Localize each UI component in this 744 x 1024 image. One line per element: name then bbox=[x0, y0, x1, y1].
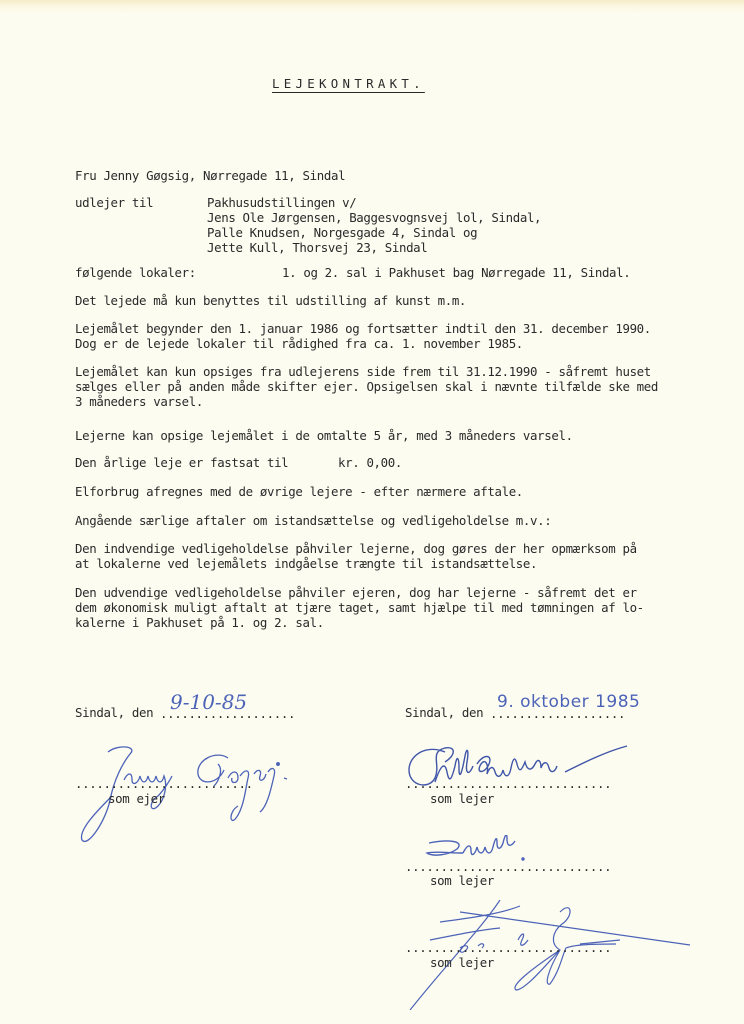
lessee-signature-line-1: ............................. bbox=[405, 776, 611, 791]
paragraph-electricity: Elforbrug afregnes med de øvrige lejere … bbox=[75, 485, 523, 499]
premises-label: følgende lokaler: bbox=[75, 266, 196, 280]
tenant-line: Jette Kull, Thorsvej 23, Sindal bbox=[207, 241, 427, 255]
paragraph-special-heading: Angående særlige aftaler om istandsættel… bbox=[75, 514, 551, 528]
lessee-signature-line-2: ............................. bbox=[405, 859, 611, 874]
contract-page: LEJEKONTRAKT. Fru Jenny Gøgsig, Nørregad… bbox=[0, 0, 744, 1024]
paragraph-term: Dog er de lejede lokaler til rådighed fr… bbox=[75, 337, 523, 351]
left-handwritten-date: 9-10-85 bbox=[170, 690, 247, 714]
document-title: LEJEKONTRAKT. bbox=[272, 76, 425, 91]
tenant-line: Jens Ole Jørgensen, Baggesvognsvej lol, … bbox=[207, 211, 541, 225]
paragraph-termination: 3 måneders varsel. bbox=[75, 395, 203, 409]
lessee-role-2: som lejer bbox=[430, 874, 494, 888]
paragraph-exterior: Den udvendige vedligeholdelse påhviler e… bbox=[75, 586, 637, 600]
rent-label: Den årlige leje er fastsat til bbox=[75, 456, 288, 470]
lessee-signature-line-3: ............................. bbox=[405, 940, 611, 955]
paragraph-termination: Lejemålet kan kun opsiges fra udlejerens… bbox=[75, 365, 651, 379]
left-place-date-label: Sindal, den bbox=[75, 706, 153, 720]
landlord-line: Fru Jenny Gøgsig, Nørregade 11, Sindal bbox=[75, 169, 345, 183]
paragraph-term: Lejemålet begynder den 1. januar 1986 og… bbox=[75, 322, 651, 336]
paragraph-exterior: kalerne i Pakhuset på 1. og 2. sal. bbox=[75, 616, 324, 630]
right-handwritten-date: 9. oktober 1985 bbox=[497, 692, 640, 712]
paragraph-tenant-notice: Lejerne kan opsige lejemålet i de omtalt… bbox=[75, 429, 573, 443]
tenant-line: Pakhusudstillingen v/ bbox=[207, 196, 356, 210]
paragraph-termination: sælges eller på anden måde skifter ejer.… bbox=[75, 380, 658, 394]
lessee-role-1: som lejer bbox=[430, 792, 494, 806]
tenant-line: Palle Knudsen, Norgesgade 4, Sindal og bbox=[207, 226, 477, 240]
right-place-date-label: Sindal, den bbox=[405, 706, 483, 720]
rent-value: kr. 0,00. bbox=[338, 456, 402, 470]
lets-to-label: udlejer til bbox=[75, 196, 153, 210]
paragraph-interior: Den indvendige vedligeholdelse påhviler … bbox=[75, 542, 637, 556]
premises-value: 1. og 2. sal i Pakhuset bag Nørregade 11… bbox=[282, 266, 630, 280]
owner-signature-line: ......................... bbox=[75, 776, 253, 791]
paragraph-exterior: dem økonomisk muligt aftalt at tjære tag… bbox=[75, 601, 644, 615]
paragraph-usage: Det lejede må kun benyttes til udstillin… bbox=[75, 294, 466, 308]
paragraph-interior: at lokalerne ved lejemålets indgåelse tr… bbox=[75, 557, 537, 571]
owner-role: som ejer bbox=[108, 792, 165, 806]
lessee-role-3: som lejer bbox=[430, 956, 494, 970]
